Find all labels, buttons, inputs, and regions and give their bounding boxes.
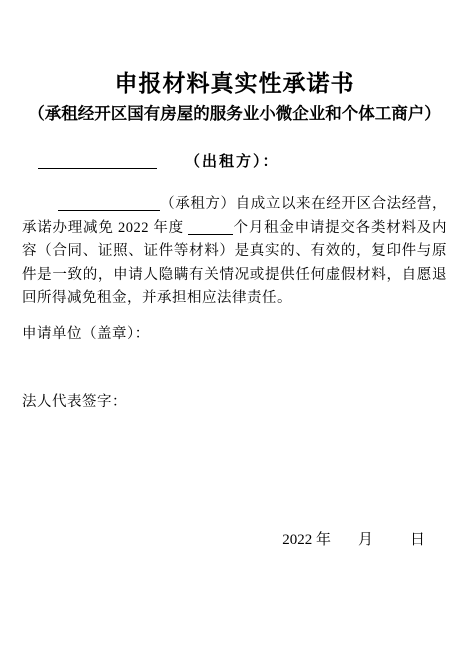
date-year-value: 2022 bbox=[282, 532, 312, 548]
document-title: 申报材料真实性承诺书 bbox=[22, 71, 447, 97]
commitment-paragraph: （承租方）自成立以来在经开区合法经营，承诺办理减免 2022 年度 个月租金申请… bbox=[22, 193, 447, 311]
date-month-unit: 月 bbox=[358, 532, 373, 548]
lessor-name-blank[interactable] bbox=[38, 153, 157, 169]
date-year-unit: 年 bbox=[316, 532, 331, 548]
applicant-unit-seal-label: 申请单位（盖章）： bbox=[22, 325, 447, 343]
months-count-blank[interactable] bbox=[188, 219, 233, 235]
document-page: 申报材料真实性承诺书 （承租经开区国有房屋的服务业小微企业和个体工商户） （出租… bbox=[0, 0, 471, 645]
lessor-line: （出租方）： bbox=[22, 152, 447, 172]
lessor-label: （出租方）： bbox=[185, 154, 280, 170]
date-day-unit: 日 bbox=[410, 532, 425, 548]
document-subtitle: （承租经开区国有房屋的服务业小微企业和个体工商户） bbox=[22, 103, 447, 125]
date-line: 2022 年月日 bbox=[22, 531, 447, 549]
tenant-name-blank[interactable] bbox=[58, 195, 160, 211]
legal-representative-signature-label: 法人代表签字： bbox=[22, 393, 447, 411]
